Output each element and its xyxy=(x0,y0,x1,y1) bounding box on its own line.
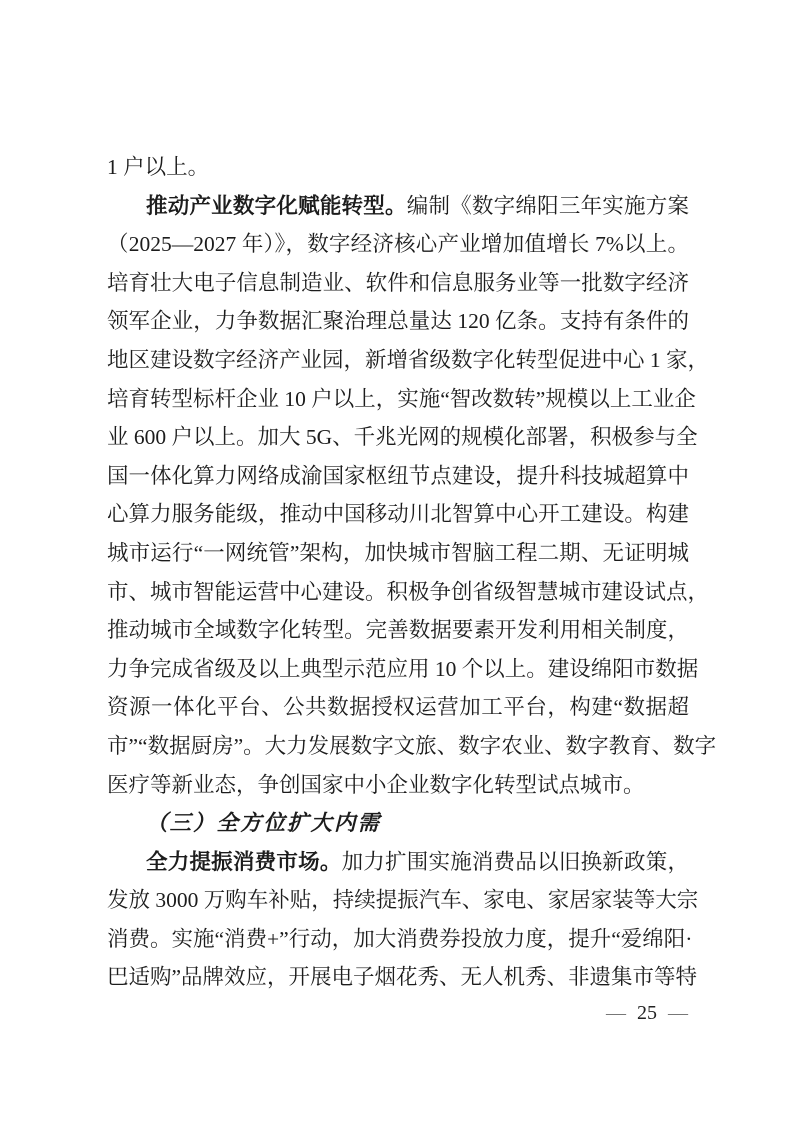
body-text: 推动城市全域数字化转型。完善数据要素开发利用相关制度， xyxy=(107,618,689,642)
page-number-dash-left: — xyxy=(606,1002,626,1024)
body-text: 培育转型标杆企业 10 户以上，实施“智改数转”规模以上工业企 xyxy=(107,387,696,411)
text-line: 城市运行“一网统管”架构，加快城市智脑工程二期、无证明城 xyxy=(107,534,689,573)
document-page: 1 户以上。推动产业数字化赋能转型。编制《数字绵阳三年实施方案（2025—202… xyxy=(0,0,793,1122)
paragraph-start-line: 推动产业数字化赋能转型。编制《数字绵阳三年实施方案 xyxy=(107,187,689,226)
text-line: 资源一体化平台、公共数据授权运营加工平台，构建“数据超 xyxy=(107,688,689,727)
heading-text: （三）全方位扩大内需 xyxy=(146,811,381,835)
text-line: 发放 3000 万购车补贴，持续提振汽车、家电、家居家装等大宗 xyxy=(107,881,689,920)
body-text: 加力扩围实施消费品以旧换新政策， xyxy=(342,850,689,874)
text-line: 市、城市智能运营中心建设。积极争创省级智慧城市建设试点， xyxy=(107,573,689,612)
page-number-value: 25 xyxy=(637,1002,657,1024)
text-line: 市”“数据厨房”。大力发展数字文旅、数字农业、数字教育、数字 xyxy=(107,727,689,766)
body-text: 业 600 户以上。加大 5G、千兆光网的规模化部署，积极参与全 xyxy=(107,425,698,449)
body-text: 市”“数据厨房”。大力发展数字文旅、数字农业、数字教育、数字 xyxy=(107,734,716,758)
page-number: —25— xyxy=(606,1000,688,1026)
bold-lead-text: 全力提振消费市场。 xyxy=(146,850,342,874)
bold-lead-text: 推动产业数字化赋能转型。 xyxy=(146,194,407,218)
body-text: 地区建设数字经济产业园，新增省级数字化转型促进中心 1 家， xyxy=(107,348,709,372)
text-line: 消费。实施“消费+”行动，加大消费券投放力度，提升“爱绵阳· xyxy=(107,920,689,959)
page-number-dash-right: — xyxy=(668,1002,688,1024)
body-text: 国一体化算力网络成渝国家枢纽节点建设，提升科技城超算中 xyxy=(107,464,689,488)
text-line: 力争完成省级及以上典型示范应用 10 个以上。建设绵阳市数据 xyxy=(107,650,689,689)
body-text: 编制《数字绵阳三年实施方案 xyxy=(407,194,689,218)
text-line: 推动城市全域数字化转型。完善数据要素开发利用相关制度， xyxy=(107,611,689,650)
body-text: 发放 3000 万购车补贴，持续提振汽车、家电、家居家装等大宗 xyxy=(107,888,698,912)
text-line: 1 户以上。 xyxy=(107,148,689,187)
text-line: 国一体化算力网络成渝国家枢纽节点建设，提升科技城超算中 xyxy=(107,457,689,496)
body-text: 力争完成省级及以上典型示范应用 10 个以上。建设绵阳市数据 xyxy=(107,657,698,681)
body-text: 消费。实施“消费+”行动，加大消费券投放力度，提升“爱绵阳· xyxy=(107,927,692,951)
text-line: 培育壮大电子信息制造业、软件和信息服务业等一批数字经济 xyxy=(107,264,689,303)
body-text: 市、城市智能运营中心建设。积极争创省级智慧城市建设试点， xyxy=(107,580,709,604)
body-text: 培育壮大电子信息制造业、软件和信息服务业等一批数字经济 xyxy=(107,271,689,295)
text-line: 地区建设数字经济产业园，新增省级数字化转型促进中心 1 家， xyxy=(107,341,689,380)
text-line: 心算力服务能级，推动中国移动川北智算中心开工建设。构建 xyxy=(107,495,689,534)
body-text: 医疗等新业态，争创国家中小企业数字化转型试点城市。 xyxy=(107,773,645,797)
text-line: 医疗等新业态，争创国家中小企业数字化转型试点城市。 xyxy=(107,766,689,805)
body-text: 资源一体化平台、公共数据授权运营加工平台，构建“数据超 xyxy=(107,695,689,719)
text-line: （2025—2027 年）》，数字经济核心产业增加值增长 7%以上。 xyxy=(107,225,689,264)
paragraph-start-line: 全力提振消费市场。加力扩围实施消费品以旧换新政策， xyxy=(107,843,689,882)
text-line: 业 600 户以上。加大 5G、千兆光网的规模化部署，积极参与全 xyxy=(107,418,689,457)
section-heading: （三）全方位扩大内需 xyxy=(107,804,689,843)
body-text: 巴适购”品牌效应，开展电子烟花秀、无人机秀、非遗集市等特 xyxy=(107,965,697,989)
text-line: 领军企业，力争数据汇聚治理总量达 120 亿条。支持有条件的 xyxy=(107,302,689,341)
body-text: 领军企业，力争数据汇聚治理总量达 120 亿条。支持有条件的 xyxy=(107,309,689,333)
body-text: （2025—2027 年）》，数字经济核心产业增加值增长 7%以上。 xyxy=(107,232,689,256)
body-text: 城市运行“一网统管”架构，加快城市智脑工程二期、无证明城 xyxy=(107,541,689,565)
text-line: 巴适购”品牌效应，开展电子烟花秀、无人机秀、非遗集市等特 xyxy=(107,958,689,997)
document-body: 1 户以上。推动产业数字化赋能转型。编制《数字绵阳三年实施方案（2025—202… xyxy=(107,148,689,997)
body-text: 心算力服务能级，推动中国移动川北智算中心开工建设。构建 xyxy=(107,502,689,526)
body-text: 1 户以上。 xyxy=(107,155,209,179)
text-line: 培育转型标杆企业 10 户以上，实施“智改数转”规模以上工业企 xyxy=(107,380,689,419)
